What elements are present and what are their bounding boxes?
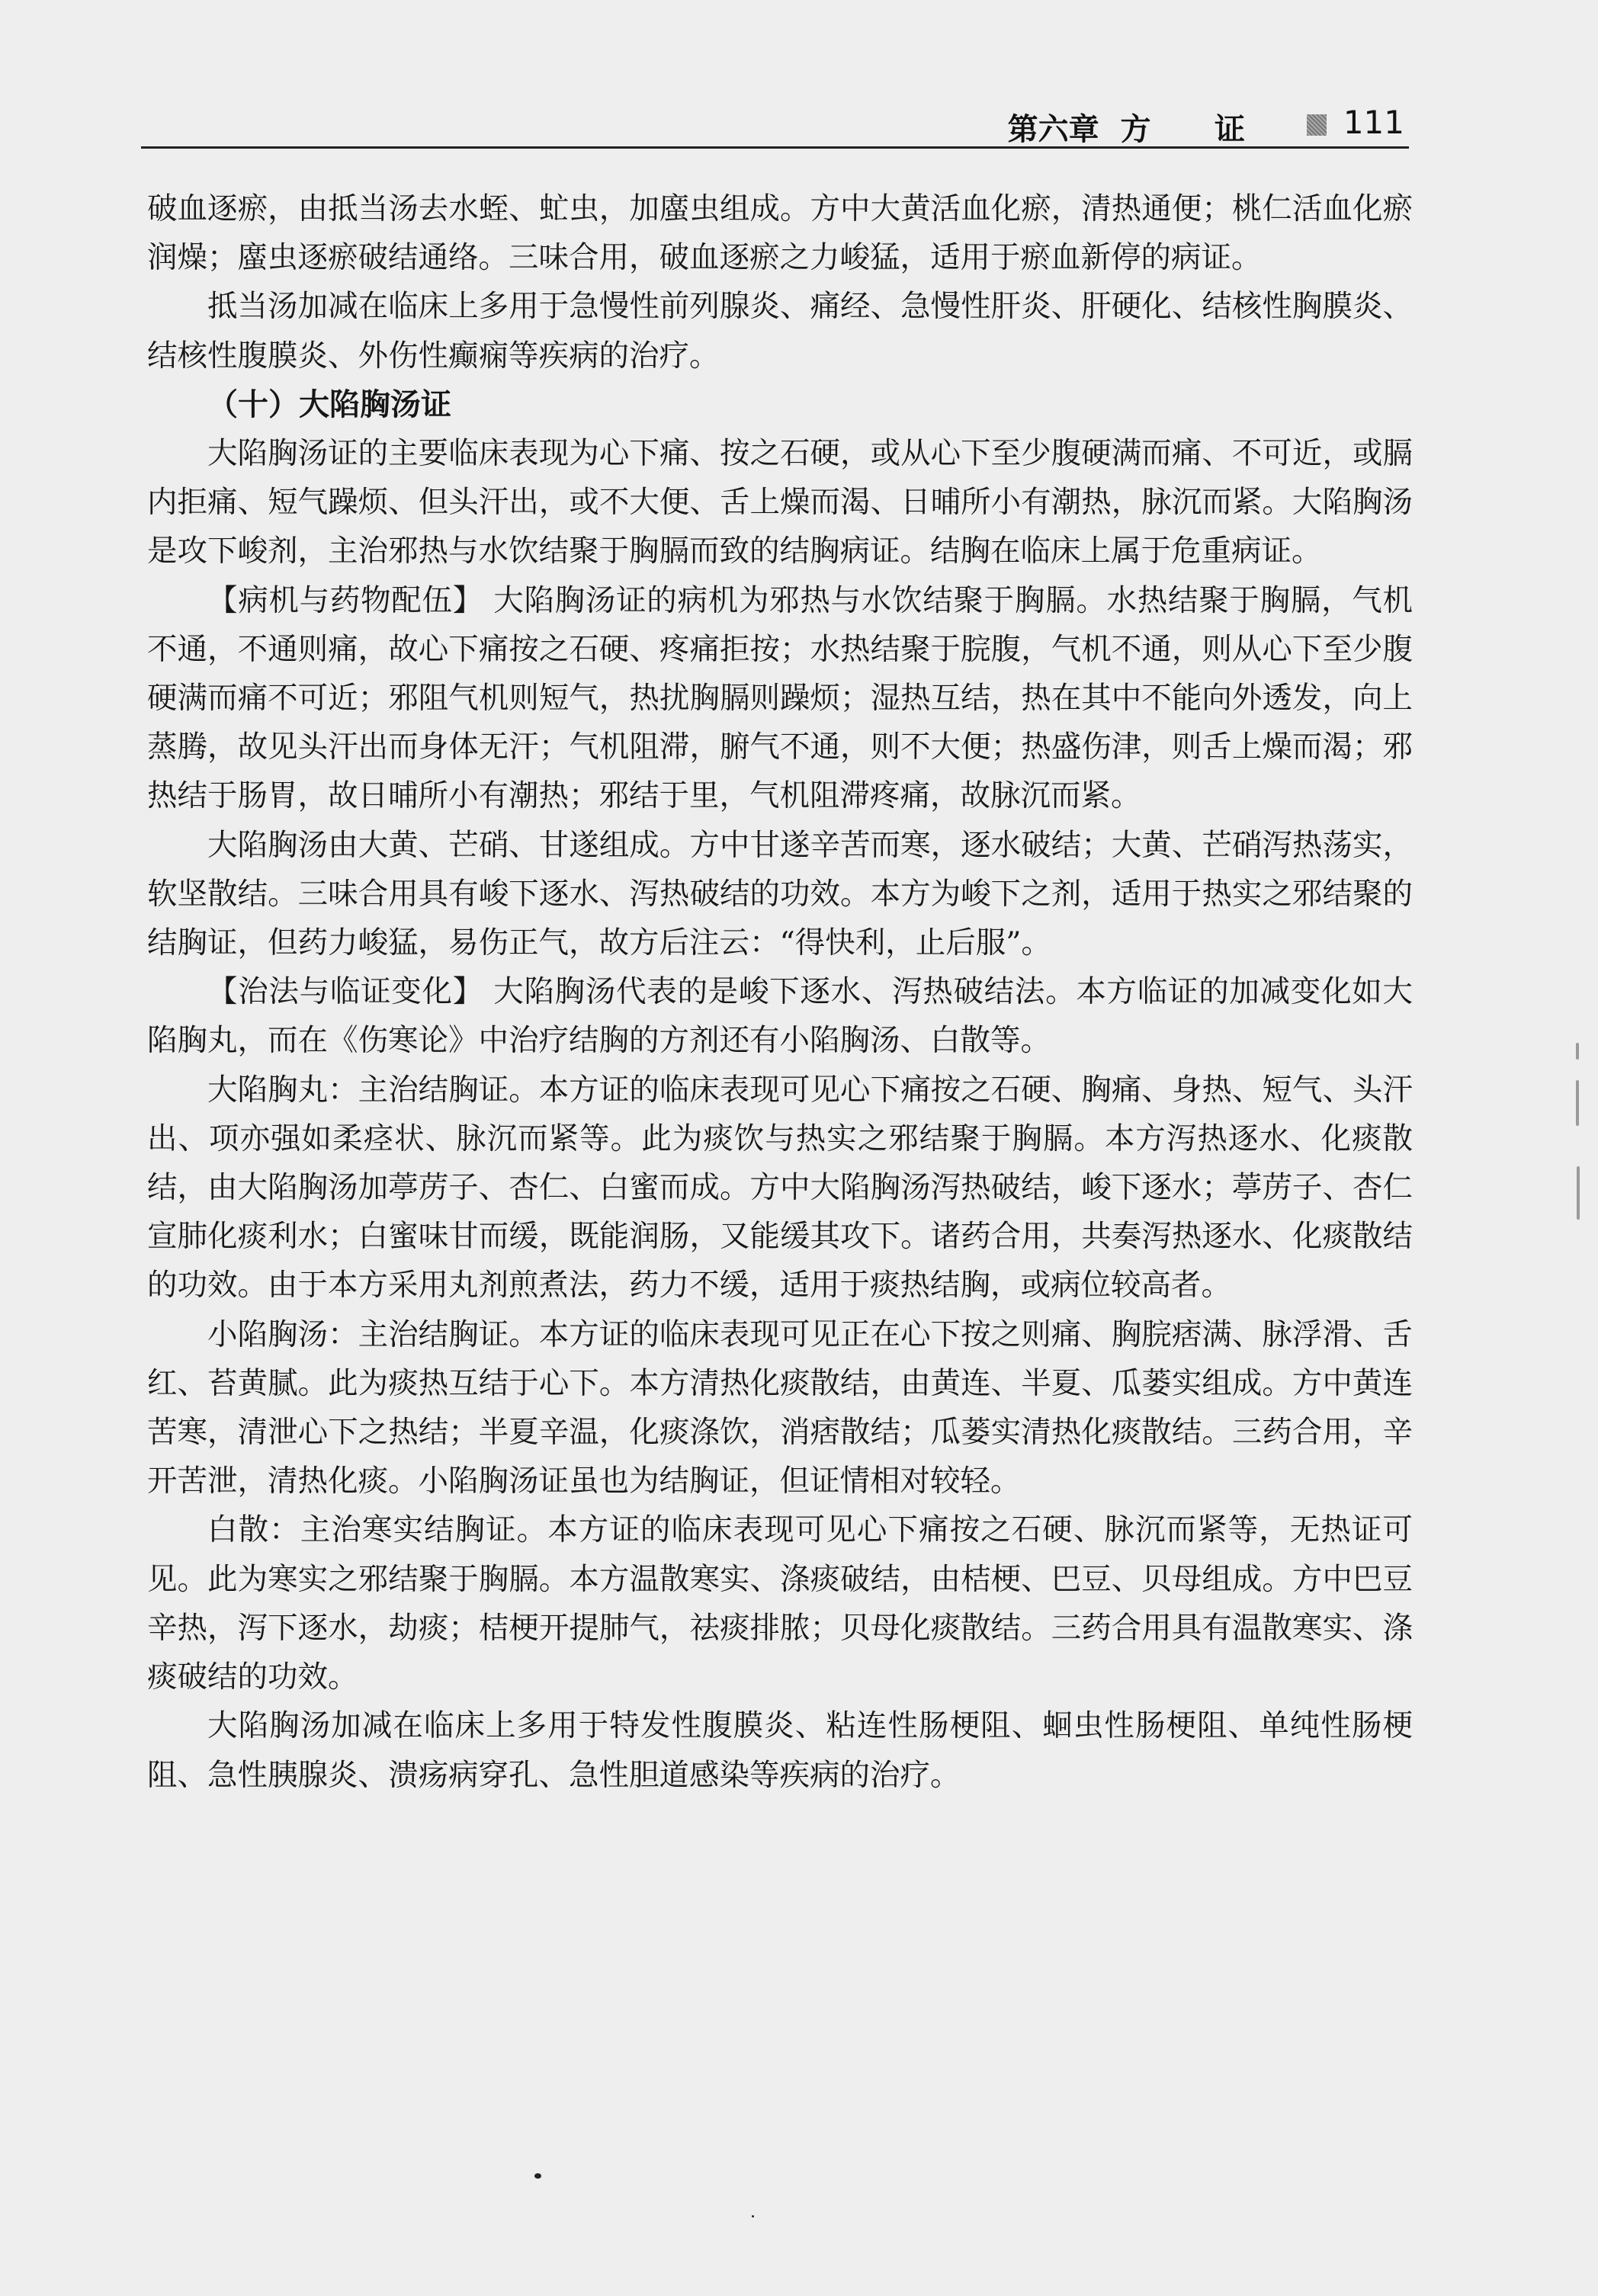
paragraph-treatment: 【治法与临证变化】 大陷胸汤代表的是峻下逐水、泻热破结法。本方临证的加减变化如大… [147, 967, 1413, 1065]
scan-artifact [1576, 1043, 1579, 1060]
chapter-title: 第六章 方 证 [1008, 105, 1245, 149]
paragraph-continuation: 破血逐瘀，由抵当汤去水蛭、虻虫，加䗪虫组成。方中大黄活血化瘀，清热通便；桃仁活血… [147, 184, 1413, 282]
paragraph-xiaoxianxiong-tang: 小陷胸汤：主治结胸证。本方证的临床表现可见正在心下按之则痛、胸脘痞满、脉浮滑、舌… [147, 1310, 1413, 1506]
scan-artifact [1577, 1166, 1580, 1220]
section-heading: （十）大陷胸汤证 [147, 380, 1413, 429]
paragraph-daxianxiong-symptoms: 大陷胸汤证的主要临床表现为心下痛、按之石硬，或从心下至少腹硬满而痛、不可近，或膈… [147, 429, 1413, 576]
paragraph-clinical-use: 大陷胸汤加减在临床上多用于特发性腹膜炎、粘连性肠梗阻、蛔虫性肠梗阻、单纯性肠梗阻… [147, 1701, 1413, 1799]
paragraph-didang-clinical-use: 抵当汤加减在临床上多用于急慢性前列腺炎、痛经、急慢性肝炎、肝硬化、结核性胸膜炎、… [147, 282, 1413, 380]
subsection-label-treatment: 【治法与临证变化】 [207, 974, 483, 1009]
subsection-label-pathogenesis: 【病机与药物配伍】 [207, 583, 483, 618]
paragraph-baisan: 白散：主治寒实结胸证。本方证的临床表现可见心下痛按之石硬、脉沉而紧等，无热证可见… [147, 1506, 1413, 1701]
paragraph-pathogenesis: 【病机与药物配伍】 大陷胸汤证的病机为邪热与水饮结聚于胸膈。水热结聚于胸膈，气机… [147, 576, 1413, 821]
paragraph-daxianxiong-wan: 大陷胸丸：主治结胸证。本方证的临床表现可见心下痛按之石硬、胸痛、身热、短气、头汗… [147, 1066, 1413, 1310]
running-header: 第六章 方 证 111 [141, 99, 1409, 149]
page-marker-icon [1307, 114, 1327, 136]
paragraph-composition: 大陷胸汤由大黄、芒硝、甘遂组成。方中甘遂辛苦而寒，逐水破结；大黄、芒硝泻热荡实，… [147, 821, 1413, 968]
scan-speck [752, 2215, 754, 2217]
page-number: 111 [1343, 104, 1404, 141]
page-body: 破血逐瘀，由抵当汤去水蛭、虻虫，加䗪虫组成。方中大黄活血化瘀，清热通便；桃仁活血… [147, 184, 1413, 1800]
scan-speck [534, 2173, 541, 2179]
scan-artifact [1576, 1080, 1579, 1126]
